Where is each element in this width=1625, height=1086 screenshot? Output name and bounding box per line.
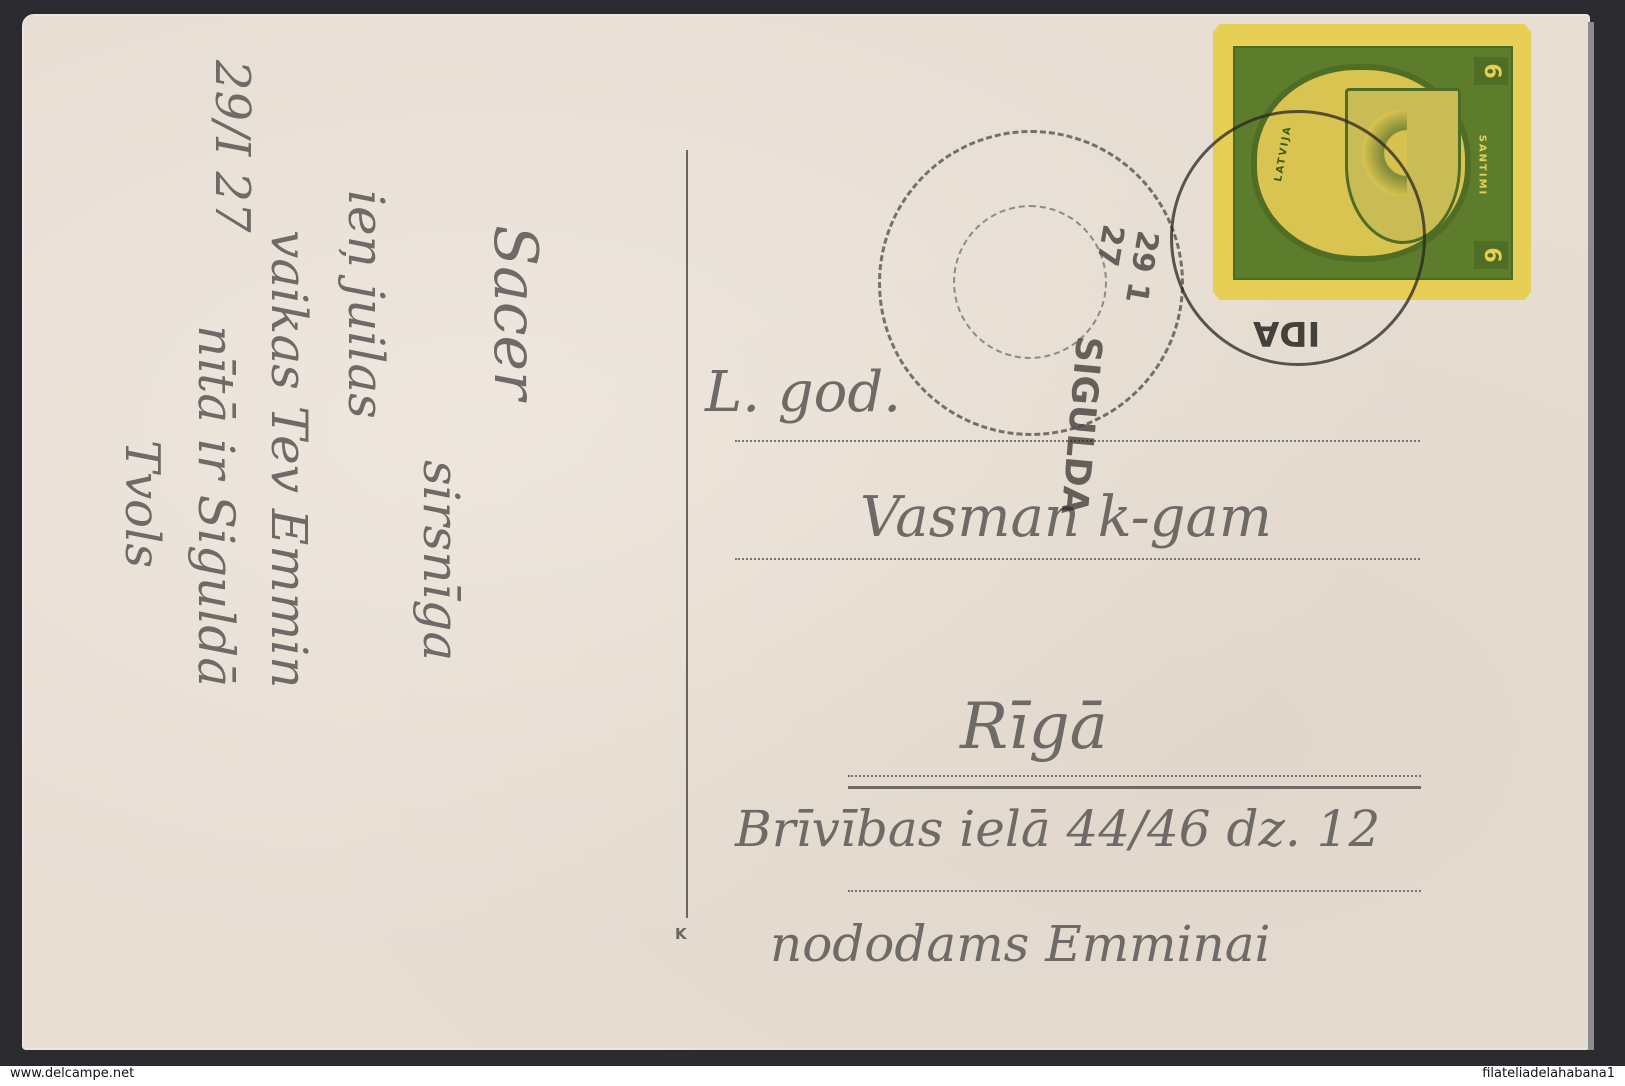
address-salutation: L. god. [705,360,901,425]
address-city: Rīgā [960,690,1108,764]
printer-mark: K [675,925,687,943]
handwritten-message-line: Tvols [114,440,170,568]
stamp-denomination: SANTIMI [1477,135,1488,197]
address-note: nododams Emminai [770,915,1271,973]
postmark-partial-text: IDA [1253,313,1320,353]
address-line [848,775,1421,777]
postmark-secondary: IDA [1170,110,1426,366]
stamp-value: 6 [1474,241,1508,269]
watermark-right: filateliadelahabana1 [1482,1066,1615,1081]
postcard-edge [1588,22,1594,1050]
handwritten-message-line: Sacer [480,225,550,400]
stamp-value: 6 [1474,57,1508,85]
postmark-sigulda: 29 1 27 SIGULDA [878,130,1184,436]
handwritten-message-line: nītā ir Siguldā [187,325,245,687]
handwritten-message-line: ieņ juilas [337,190,395,419]
watermark-left: www.delcampe.net [10,1066,134,1081]
handwritten-date-note: 29/I 27 [204,60,260,233]
address-street: Brīvības ielā 44/46 dz. 12 [735,800,1380,858]
address-line-solid [848,786,1421,789]
handwritten-message-line: vaikas Tev Emmin [260,230,318,688]
postcard-divider-line [686,150,688,918]
address-line [848,890,1421,892]
handwritten-message-line: sirsnīga [412,460,470,661]
address-line [735,558,1420,560]
